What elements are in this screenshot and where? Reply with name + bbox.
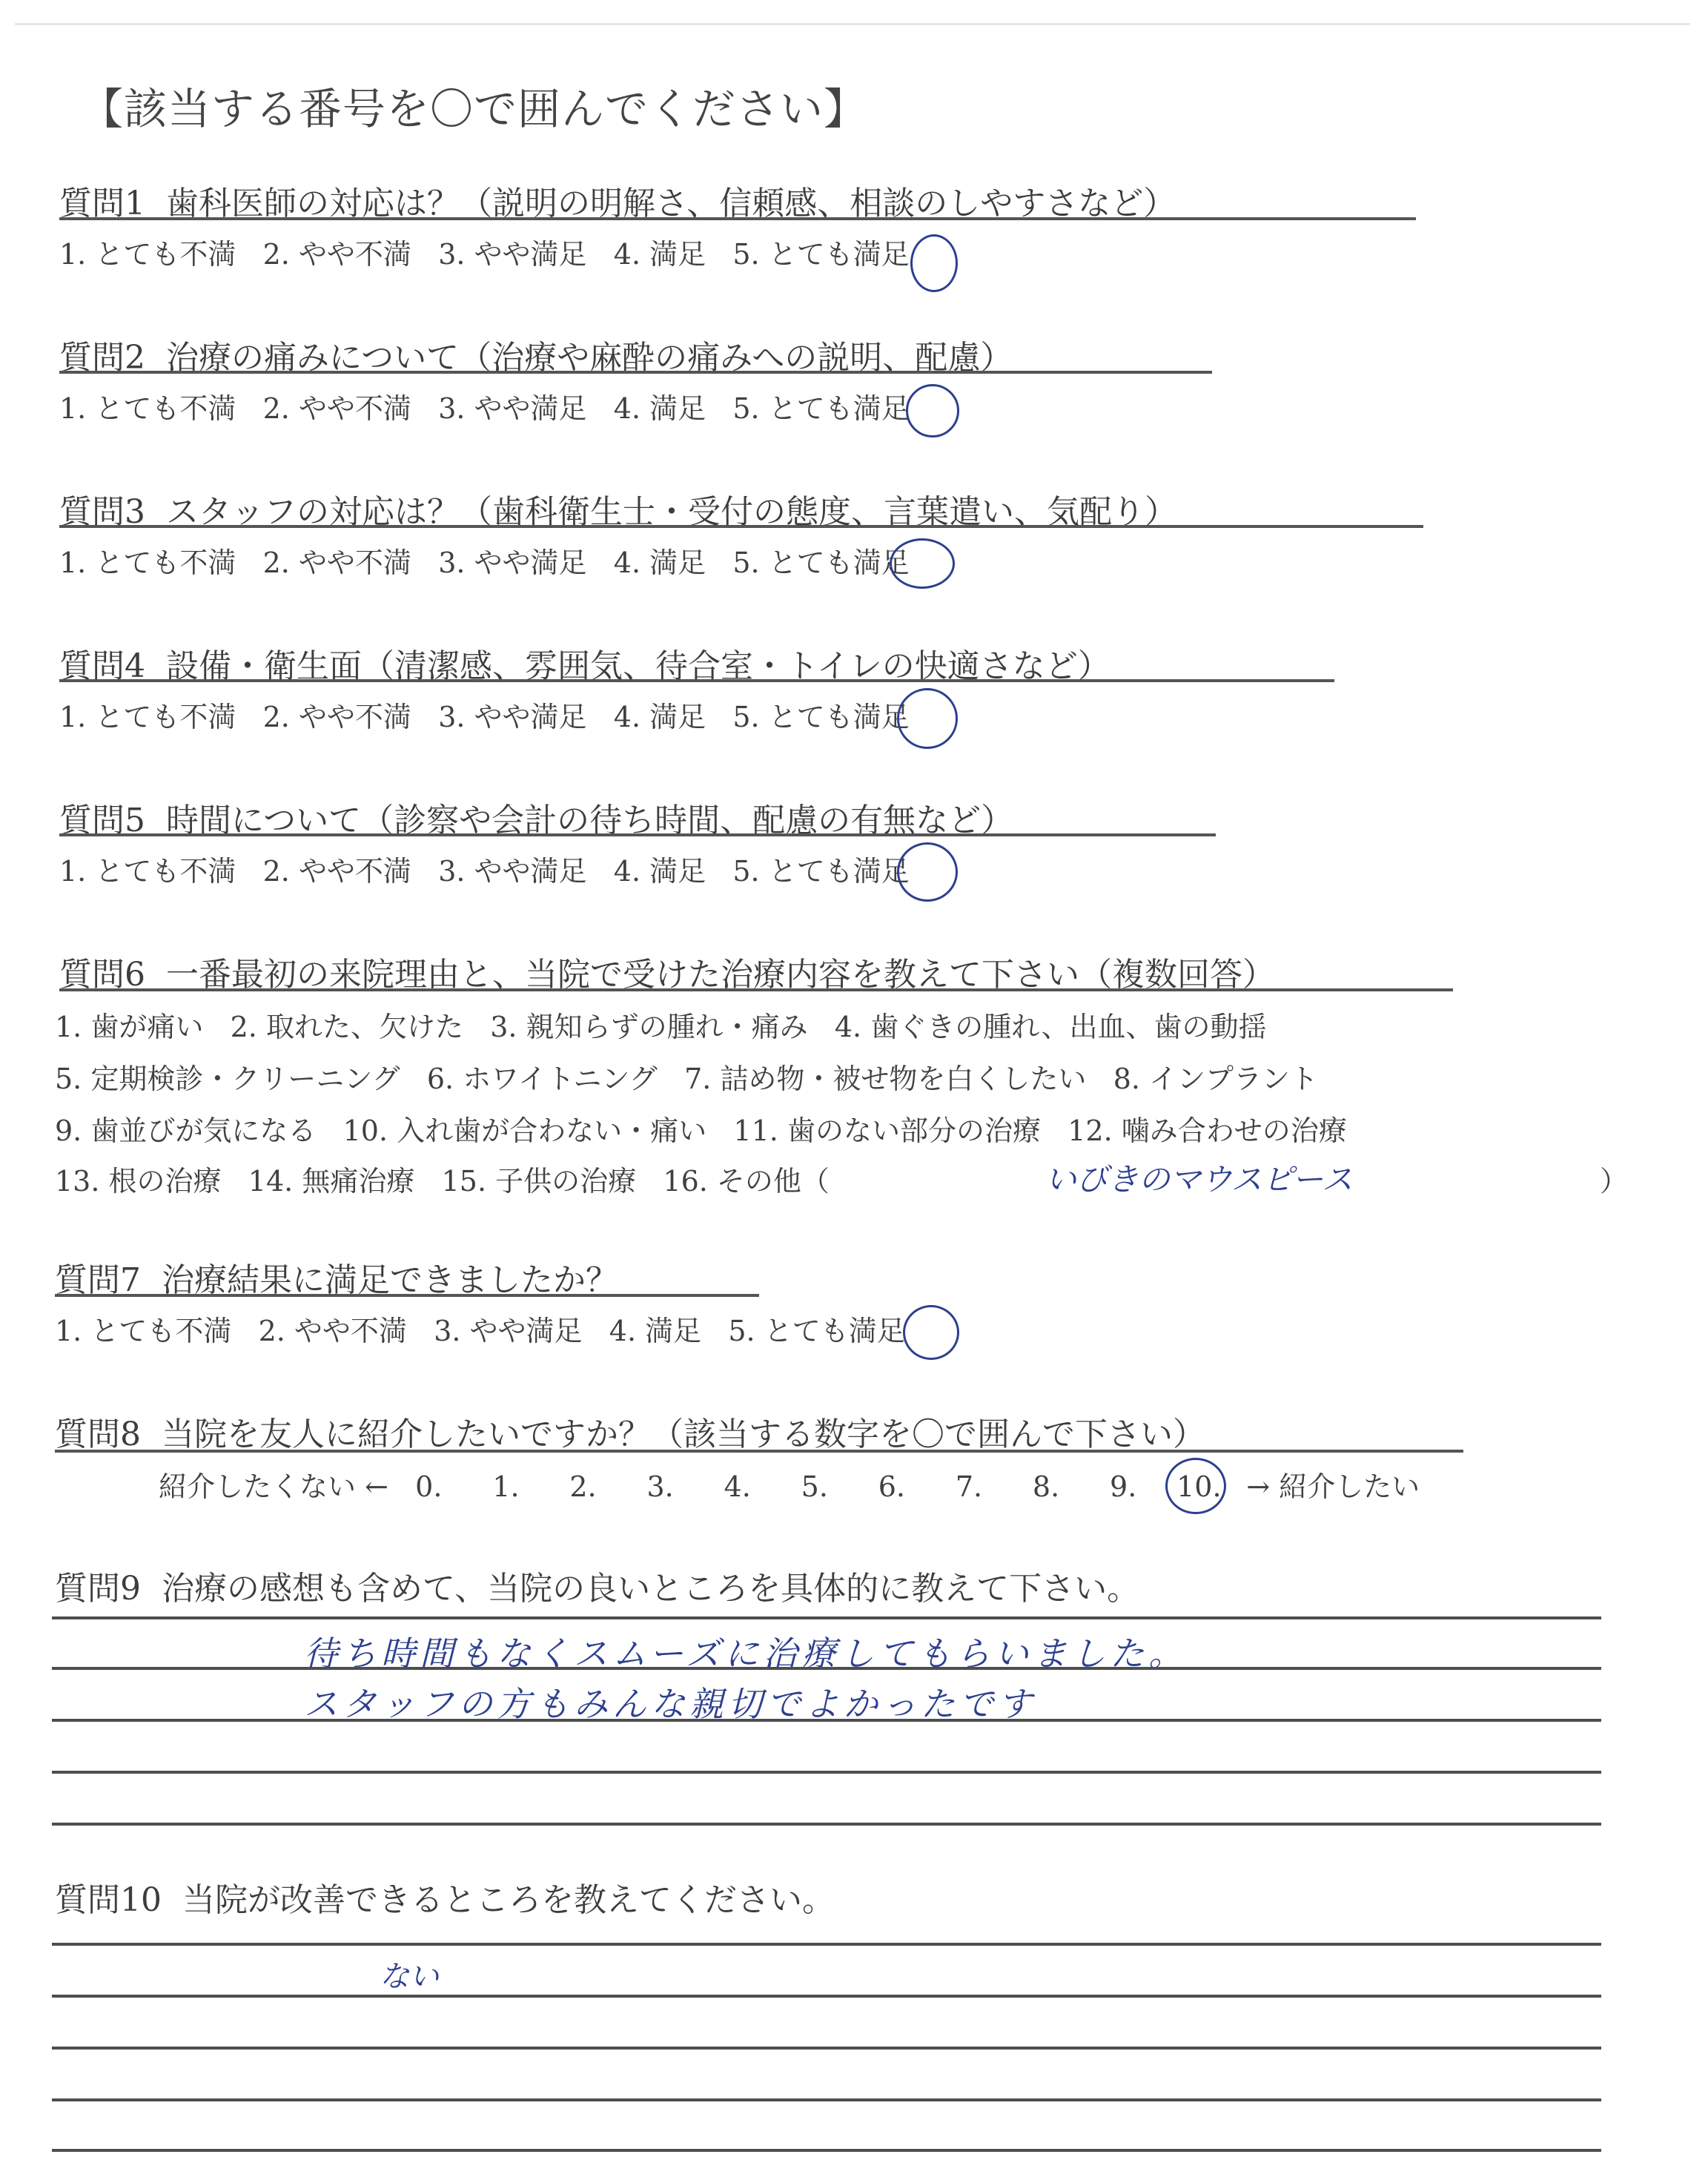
option-4[interactable]: 4. 満足 <box>614 848 706 889</box>
question-underline <box>59 371 1212 374</box>
option-3[interactable]: 3. やや満足 <box>438 694 586 735</box>
question-5-options: 1. とても不満 2. やや不満 3. やや満足 4. 満足 5. とても満足 <box>59 848 910 889</box>
question-label: 質問9 <box>55 1570 141 1608</box>
question-underline <box>59 833 1216 836</box>
selected-circle-mark <box>897 688 958 749</box>
option-1[interactable]: 1. とても不満 <box>59 694 236 735</box>
selected-circle-mark <box>890 538 955 589</box>
option-4[interactable]: 4. 満足 <box>614 231 706 272</box>
option-4[interactable]: 4. 満足 <box>614 540 706 581</box>
question-text: 当院が改善できるところを教えてください。 <box>182 1881 835 1919</box>
scale-4[interactable]: 4. <box>724 1470 792 1503</box>
answer-line <box>52 2047 1601 2050</box>
answer-line <box>52 1943 1601 1946</box>
option-2[interactable]: 2. やや不満 <box>263 694 411 735</box>
option-5[interactable]: 5. <box>732 855 759 888</box>
option-root-canal[interactable]: 根の治療 <box>109 1158 222 1199</box>
answer-line <box>52 1823 1601 1826</box>
option-number: 7. <box>684 1063 711 1095</box>
option-number: 11. <box>733 1114 778 1147</box>
selected-circle-mark <box>897 842 958 902</box>
answer-line <box>52 1667 1601 1670</box>
option-painless[interactable]: 無痛治療 <box>302 1158 414 1199</box>
option-implant[interactable]: インプラント <box>1149 1056 1318 1097</box>
option-children[interactable]: 子供の治療 <box>495 1158 636 1199</box>
option-5[interactable]: 5. <box>732 238 759 271</box>
option-5[interactable]: 5. <box>728 1315 755 1347</box>
scale-right-label: → 紹介したい <box>1246 1464 1420 1505</box>
question-underline <box>59 217 1416 220</box>
answer-line <box>52 1719 1601 1722</box>
option-1[interactable]: 1. とても不満 <box>59 540 236 581</box>
option-number: 14. <box>248 1165 293 1198</box>
option-3[interactable]: 3. やや満足 <box>438 540 586 581</box>
option-5-label: とても満足 <box>764 1308 905 1349</box>
question-1-options: 1. とても不満 2. やや不満 3. やや満足 4. 満足 5. とても満足 <box>59 231 910 272</box>
q6-options-row-4: 13. 根の治療 14. 無痛治療 15. 子供の治療 16. その他（ <box>55 1158 830 1199</box>
option-number: 4. <box>835 1011 861 1043</box>
answer-line <box>52 1771 1601 1774</box>
option-4[interactable]: 4. 満足 <box>614 694 706 735</box>
q6-options-row-2: 5. 定期検診・クリーニング 6. ホワイトニング 7. 詰め物・被せ物を白くし… <box>55 1056 1318 1097</box>
option-number: 2. <box>231 1011 257 1043</box>
scale-9[interactable]: 9. <box>1110 1470 1168 1503</box>
question-underline <box>55 1450 1463 1453</box>
option-number: 13. <box>55 1165 99 1198</box>
option-5-label: とても満足 <box>769 694 910 735</box>
option-number: 6. <box>427 1063 454 1095</box>
question-label: 質問8 <box>55 1416 141 1453</box>
option-4[interactable]: 4. 満足 <box>609 1308 701 1349</box>
question-9-heading: 質問9 治療の感想も含めて、当院の良いところを具体的に教えて下さい。 <box>55 1562 1139 1609</box>
option-broken[interactable]: 取れた、欠けた <box>266 1004 463 1045</box>
option-number: 8. <box>1113 1063 1140 1095</box>
q10-answer[interactable]: ない <box>380 1953 439 1995</box>
option-5[interactable]: 5. <box>732 546 759 579</box>
question-underline <box>59 525 1423 528</box>
answer-line <box>52 2098 1601 2101</box>
option-missing-teeth[interactable]: 歯のない部分の治療 <box>787 1108 1041 1149</box>
option-2[interactable]: 2. やや不満 <box>259 1308 407 1349</box>
option-5-label: とても満足 <box>769 231 910 272</box>
option-1[interactable]: 1. とても不満 <box>55 1308 231 1349</box>
other-answer-handwritten[interactable]: いびきのマウスピース <box>1045 1155 1353 1200</box>
selected-circle-mark <box>1165 1458 1226 1514</box>
scale-3[interactable]: 3. <box>646 1470 715 1503</box>
option-number: 10. <box>343 1114 388 1147</box>
question-label: 質問10 <box>55 1881 162 1919</box>
option-checkup[interactable]: 定期検診・クリーニング <box>90 1056 400 1097</box>
question-8-heading: 質問8 当院を友人に紹介したいですか？（該当する数字を〇で囲んで下さい） <box>55 1407 1205 1455</box>
scale-1[interactable]: 1. <box>492 1470 560 1503</box>
option-dentures[interactable]: 入れ歯が合わない・痛い <box>397 1108 706 1149</box>
question-text: 治療の感想も含めて、当院の良いところを具体的に教えて下さい。 <box>162 1570 1139 1608</box>
option-1[interactable]: 1. とても不満 <box>59 231 236 272</box>
option-3[interactable]: 3. やや満足 <box>438 386 586 426</box>
scale-2[interactable]: 2. <box>569 1470 638 1503</box>
scale-0[interactable]: 0. <box>415 1470 483 1503</box>
scan-top-edge <box>15 23 1690 25</box>
question-10-heading: 質問10 当院が改善できるところを教えてください。 <box>55 1873 835 1920</box>
option-number: 5. <box>55 1063 82 1095</box>
question-3-options: 1. とても不満 2. やや不満 3. やや満足 4. 満足 5. とても満足 <box>59 540 910 581</box>
option-gums[interactable]: 歯ぐきの腫れ、出血、歯の動揺 <box>870 1004 1266 1045</box>
other-close-paren: ） <box>1600 1158 1628 1199</box>
option-toothache[interactable]: 歯が痛い <box>90 1004 203 1045</box>
option-5-label: とても満足 <box>769 848 910 889</box>
option-number: 9. <box>55 1114 82 1147</box>
option-2[interactable]: 2. やや不満 <box>263 848 411 889</box>
option-3[interactable]: 3. やや満足 <box>434 1308 582 1349</box>
option-number: 3. <box>490 1011 517 1043</box>
q6-options-row-3: 9. 歯並びが気になる 10. 入れ歯が合わない・痛い 11. 歯のない部分の治… <box>55 1108 1347 1149</box>
option-3[interactable]: 3. やや満足 <box>438 231 586 272</box>
option-5-label: とても満足 <box>769 540 910 581</box>
option-1[interactable]: 1. とても不満 <box>59 848 236 889</box>
option-1[interactable]: 1. とても不満 <box>59 386 236 426</box>
selected-circle-mark <box>903 1305 959 1360</box>
answer-line <box>52 2149 1601 2152</box>
option-number: 1. <box>55 1011 82 1043</box>
question-2-options: 1. とても不満 2. やや不満 3. やや満足 4. 満足 5. とても満足 <box>59 386 910 426</box>
scale-left-label: 紹介したくない ← <box>159 1464 388 1505</box>
option-number: 15. <box>442 1165 486 1198</box>
question-text: 当院を友人に紹介したいですか？（該当する数字を〇で囲んで下さい） <box>162 1416 1205 1453</box>
form-instruction: 【該当する番号を〇で囲んでください】 <box>80 74 867 136</box>
option-5[interactable]: 5. <box>732 392 759 425</box>
option-number: 12. <box>1067 1114 1112 1147</box>
option-5[interactable]: 5. <box>732 701 759 733</box>
scale-8[interactable]: 8. <box>1033 1470 1101 1503</box>
option-whitening[interactable]: ホワイトニング <box>463 1056 658 1097</box>
option-2[interactable]: 2. やや不満 <box>263 231 411 272</box>
scale-6[interactable]: 6. <box>878 1470 947 1503</box>
option-wisdom-tooth[interactable]: 親知らずの腫れ・痛み <box>526 1004 808 1045</box>
answer-line <box>52 1616 1601 1619</box>
q6-options-row-1: 1. 歯が痛い 2. 取れた、欠けた 3. 親知らずの腫れ・痛み 4. 歯ぐきの… <box>55 1004 1267 1045</box>
selected-circle-mark <box>906 384 959 437</box>
option-5-label: とても満足 <box>769 386 910 426</box>
option-bite[interactable]: 噛み合わせの治療 <box>1122 1108 1347 1149</box>
option-2[interactable]: 2. やや不満 <box>263 386 411 426</box>
selected-circle-mark <box>910 234 958 292</box>
question-underline <box>59 679 1334 682</box>
option-2[interactable]: 2. やや不満 <box>263 540 411 581</box>
option-other[interactable]: その他（ <box>717 1158 830 1199</box>
option-alignment[interactable]: 歯並びが気になる <box>90 1108 316 1149</box>
question-underline <box>55 1294 759 1297</box>
option-number: 16. <box>663 1165 707 1198</box>
recommend-scale: 紹介したくない ← 0. 1. 2. 3. 4. 5. 6. 7. 8. 9. … <box>159 1464 1420 1505</box>
scale-7[interactable]: 7. <box>956 1470 1024 1503</box>
answer-line <box>52 1995 1601 1998</box>
option-4[interactable]: 4. 満足 <box>614 386 706 426</box>
question-7-options: 1. とても不満 2. やや不満 3. やや満足 4. 満足 5. とても満足 <box>55 1308 905 1349</box>
option-3[interactable]: 3. やや満足 <box>438 848 586 889</box>
question-underline <box>59 988 1453 991</box>
question-4-options: 1. とても不満 2. やや不満 3. やや満足 4. 満足 5. とても満足 <box>59 694 910 735</box>
option-white-fillings[interactable]: 詰め物・被せ物を白くしたい <box>720 1056 1086 1097</box>
scale-5[interactable]: 5. <box>801 1470 870 1503</box>
